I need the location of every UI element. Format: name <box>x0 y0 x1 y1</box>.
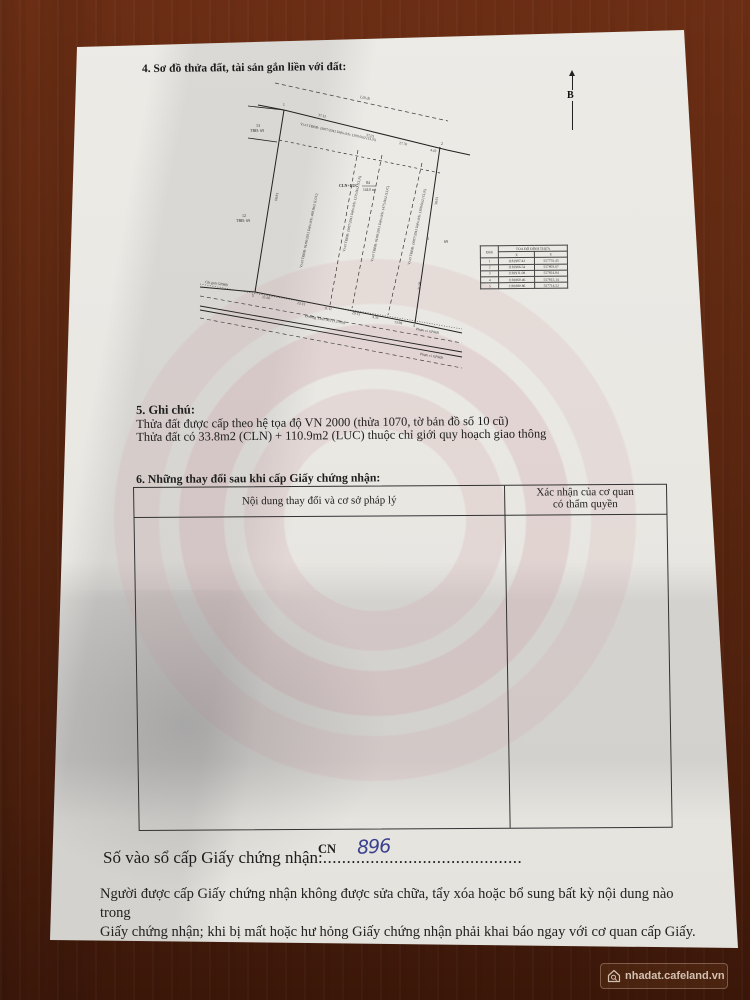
vertex-number: 2 <box>441 142 443 146</box>
edge-length: 37.12 <box>318 113 327 119</box>
watermark-text: nhadat.cafeland.vn <box>625 970 725 982</box>
vertex-number: 1 <box>283 103 285 107</box>
coordinate-table-body: 11181997.42557755.4521181966.54557803.67… <box>480 257 567 289</box>
vertex-number: 3 <box>427 237 429 241</box>
registry-handwritten-number: 896 <box>356 835 390 859</box>
changes-content-header: Nội dung thay đổi và cơ sở pháp lý <box>134 494 504 508</box>
edge-length: 38.61 <box>434 196 439 205</box>
parcel-area: 144.0 m² <box>363 188 376 192</box>
road-edge-label-1: Phạm vi GPMB <box>416 327 440 335</box>
edge-length: 4.76 <box>372 315 379 320</box>
vertex-number: 5 <box>252 294 254 298</box>
vertex-number: 4 <box>413 324 415 328</box>
notice-line-2: Giấy chứng nhận; khi bị mất hoặc hư hỏng… <box>100 923 700 942</box>
neighbor-12-sheet: TBĐ: 69 <box>236 218 250 223</box>
parcel-number: 84 <box>366 180 370 185</box>
section-6-title: 6. Những thay đổi sau khi cấp Giấy chứng… <box>136 470 380 487</box>
vertex-coordinate-table: Đỉnh TỌA ĐỘ ĐỈNH THỬA X Y 11181997.42557… <box>480 245 568 290</box>
registry-number-row: Số vào sổ cấp Giấy chứng nhận:..........… <box>103 848 522 868</box>
authority-confirmation-header: Xác nhận của cơ quan có thẩm quyền <box>504 487 666 511</box>
neighbor-right-sheet: 69 <box>444 239 448 244</box>
coordinate-cell-y: 557714.52 <box>535 282 568 288</box>
edge-length: 29.15 <box>352 311 361 316</box>
changes-table-column-divider <box>504 486 511 828</box>
section-5-notes: 5. Ghi chú: Thửa đất được cấp theo hệ tọ… <box>136 400 546 444</box>
registry-prefix: CN <box>318 842 336 857</box>
edge-length: 31.08 <box>417 281 422 290</box>
edge-length: 4.43 <box>430 148 437 153</box>
parcel-annotation-4: Vị trí TĐBĐ: 01/06/2031 Diện tích: 1475.… <box>370 185 390 263</box>
edge-length: 13.98 <box>394 320 403 325</box>
authority-header-line-2: có thẩm quyền <box>504 498 666 510</box>
coordinate-cell-vertex: 5 <box>481 283 499 289</box>
parcel-annotation-1: Vị trí TĐBĐ: 18/07/2041 Diện tích: 1100.… <box>300 122 377 142</box>
registry-label: Số vào sổ cấp Giấy chứng nhận: <box>103 848 323 867</box>
registry-dots: ........................................… <box>323 848 523 867</box>
document-content: 4. Sơ đồ thửa đất, tài sản gắn liền với … <box>0 0 750 1000</box>
edge-length: 11.11 <box>324 306 333 311</box>
road-top-label: Lối đi <box>360 94 371 101</box>
neighbor-13-sheet: TBĐ: 69 <box>250 128 264 133</box>
site-watermark: nhadat.cafeland.vn <box>600 963 728 989</box>
parcel-annotation-2: Vị trí TĐBĐ: 01/06/2031 Diện tích: 468.0… <box>299 192 319 268</box>
coordinate-cell-x: 1181880.86 <box>499 283 535 289</box>
house-search-icon <box>607 969 621 983</box>
certificate-notice: Người được cấp Giấy chứng nhận không đượ… <box>100 885 700 942</box>
road-bottom-label: Đường Tỉnh 985 (12.0m) <box>305 313 346 325</box>
edge-length: 27.76 <box>399 141 408 147</box>
notice-line-1: Người được cấp Giấy chứng nhận không đượ… <box>100 885 700 923</box>
col-vertex-header: Đỉnh <box>480 246 498 259</box>
edge-length: 23.15 <box>297 301 306 306</box>
edge-length: 21.60 <box>262 295 271 300</box>
boundary-label-left: Chỉ giới GPMB <box>205 280 229 287</box>
edge-length: 68.81 <box>274 192 279 201</box>
parcel-annotation-5: Vị trí TĐBĐ: 18/07/2041 Diện tích: 1160.… <box>407 188 427 265</box>
coordinate-row: 51181880.86557714.52 <box>481 282 568 289</box>
changes-table: Nội dung thay đổi và cơ sở pháp lý Xác n… <box>133 484 673 831</box>
